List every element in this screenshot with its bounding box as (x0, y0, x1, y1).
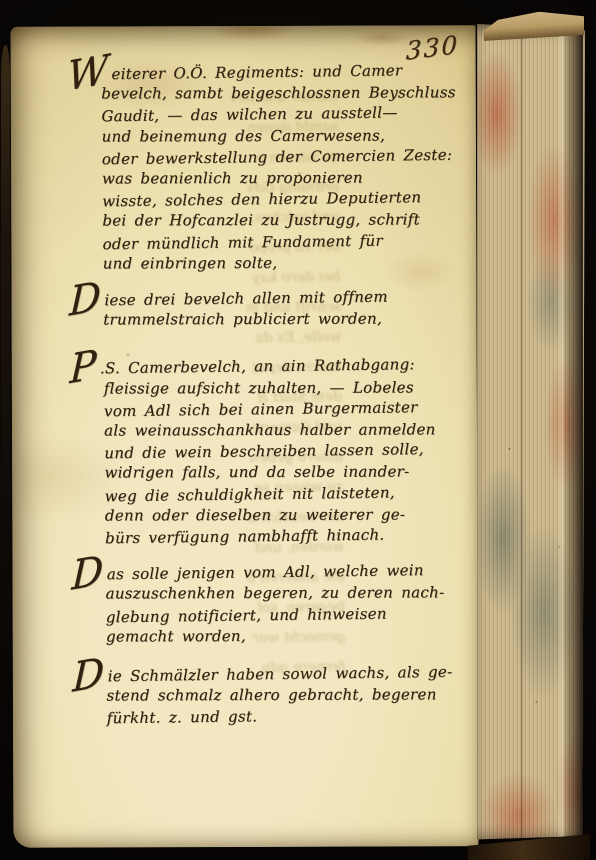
paragraph: Die Schmälzler haben sowol wachs, als ge… (106, 662, 479, 729)
paragraph: Weiterer O.Ö. Regiments: und Camerbevelc… (101, 60, 475, 275)
manuscript-line: auszuschenkhen begeren, zu deren nach- (106, 583, 478, 606)
manuscript-line: trummelstraich publiciert worden, (103, 308, 475, 331)
paragraph: Das solle jenigen vom Adl, welche weinau… (105, 560, 478, 648)
manuscript-line: oder bewerkstellung der Comercien Zeste: (102, 144, 474, 170)
initial-flourish: P (70, 366, 97, 371)
photo-background: 330 Camer und bevsambt denenzu wissen oo… (0, 0, 596, 860)
manuscript-line: oder mündlich mit Fundament für (102, 229, 474, 255)
initial-flourish: D (73, 673, 105, 678)
manuscript-line: bürs verfügung nambhafft hinach. (105, 523, 477, 549)
manuscript-line: gemacht worden, (106, 625, 478, 648)
initial-flourish: D (69, 297, 101, 302)
paragraph: P.S. Camerbevelch, an ain Rathabgang:fle… (104, 355, 478, 549)
book-fore-edge (477, 24, 585, 841)
left-rim-light (1, 45, 10, 785)
manuscript-line: weg die schuldigkheit nit laisteten, (105, 481, 477, 507)
paragraph: Diese drei bevelch allen mit offnemtrumm… (103, 286, 475, 332)
initial-flourish: D (72, 571, 104, 576)
manuscript-page: 330 Camer und bevsambt denenzu wissen oo… (11, 25, 479, 848)
fore-edge-shadow (557, 24, 583, 841)
manuscript-line: und beinemung des Camerwesens, (102, 125, 474, 148)
manuscript-line: glebung notificiert, und hinweisen (106, 602, 478, 628)
manuscript-line: fürkht. z. und gst. (107, 704, 479, 730)
manuscript-line: fleissige aufsicht zuhalten, — Lobeles (104, 377, 476, 400)
manuscript-line: P.S. Camerbevelch, an ain Rathabgang: (103, 354, 475, 380)
manuscript-line: Gaudit, — das wilchen zu ausstell— (101, 102, 473, 128)
manuscript-text: Weiterer O.Ö. Regiments: und Camerbevelc… (101, 60, 479, 729)
manuscript-line: und einbringen solte, (103, 252, 475, 275)
manuscript-line: bei der Hofcanzlei zu Justrugg, schrift (102, 210, 474, 233)
manuscript-line: widrigen falls, und da selbe inander- (105, 462, 477, 485)
initial-flourish: W (67, 70, 108, 77)
